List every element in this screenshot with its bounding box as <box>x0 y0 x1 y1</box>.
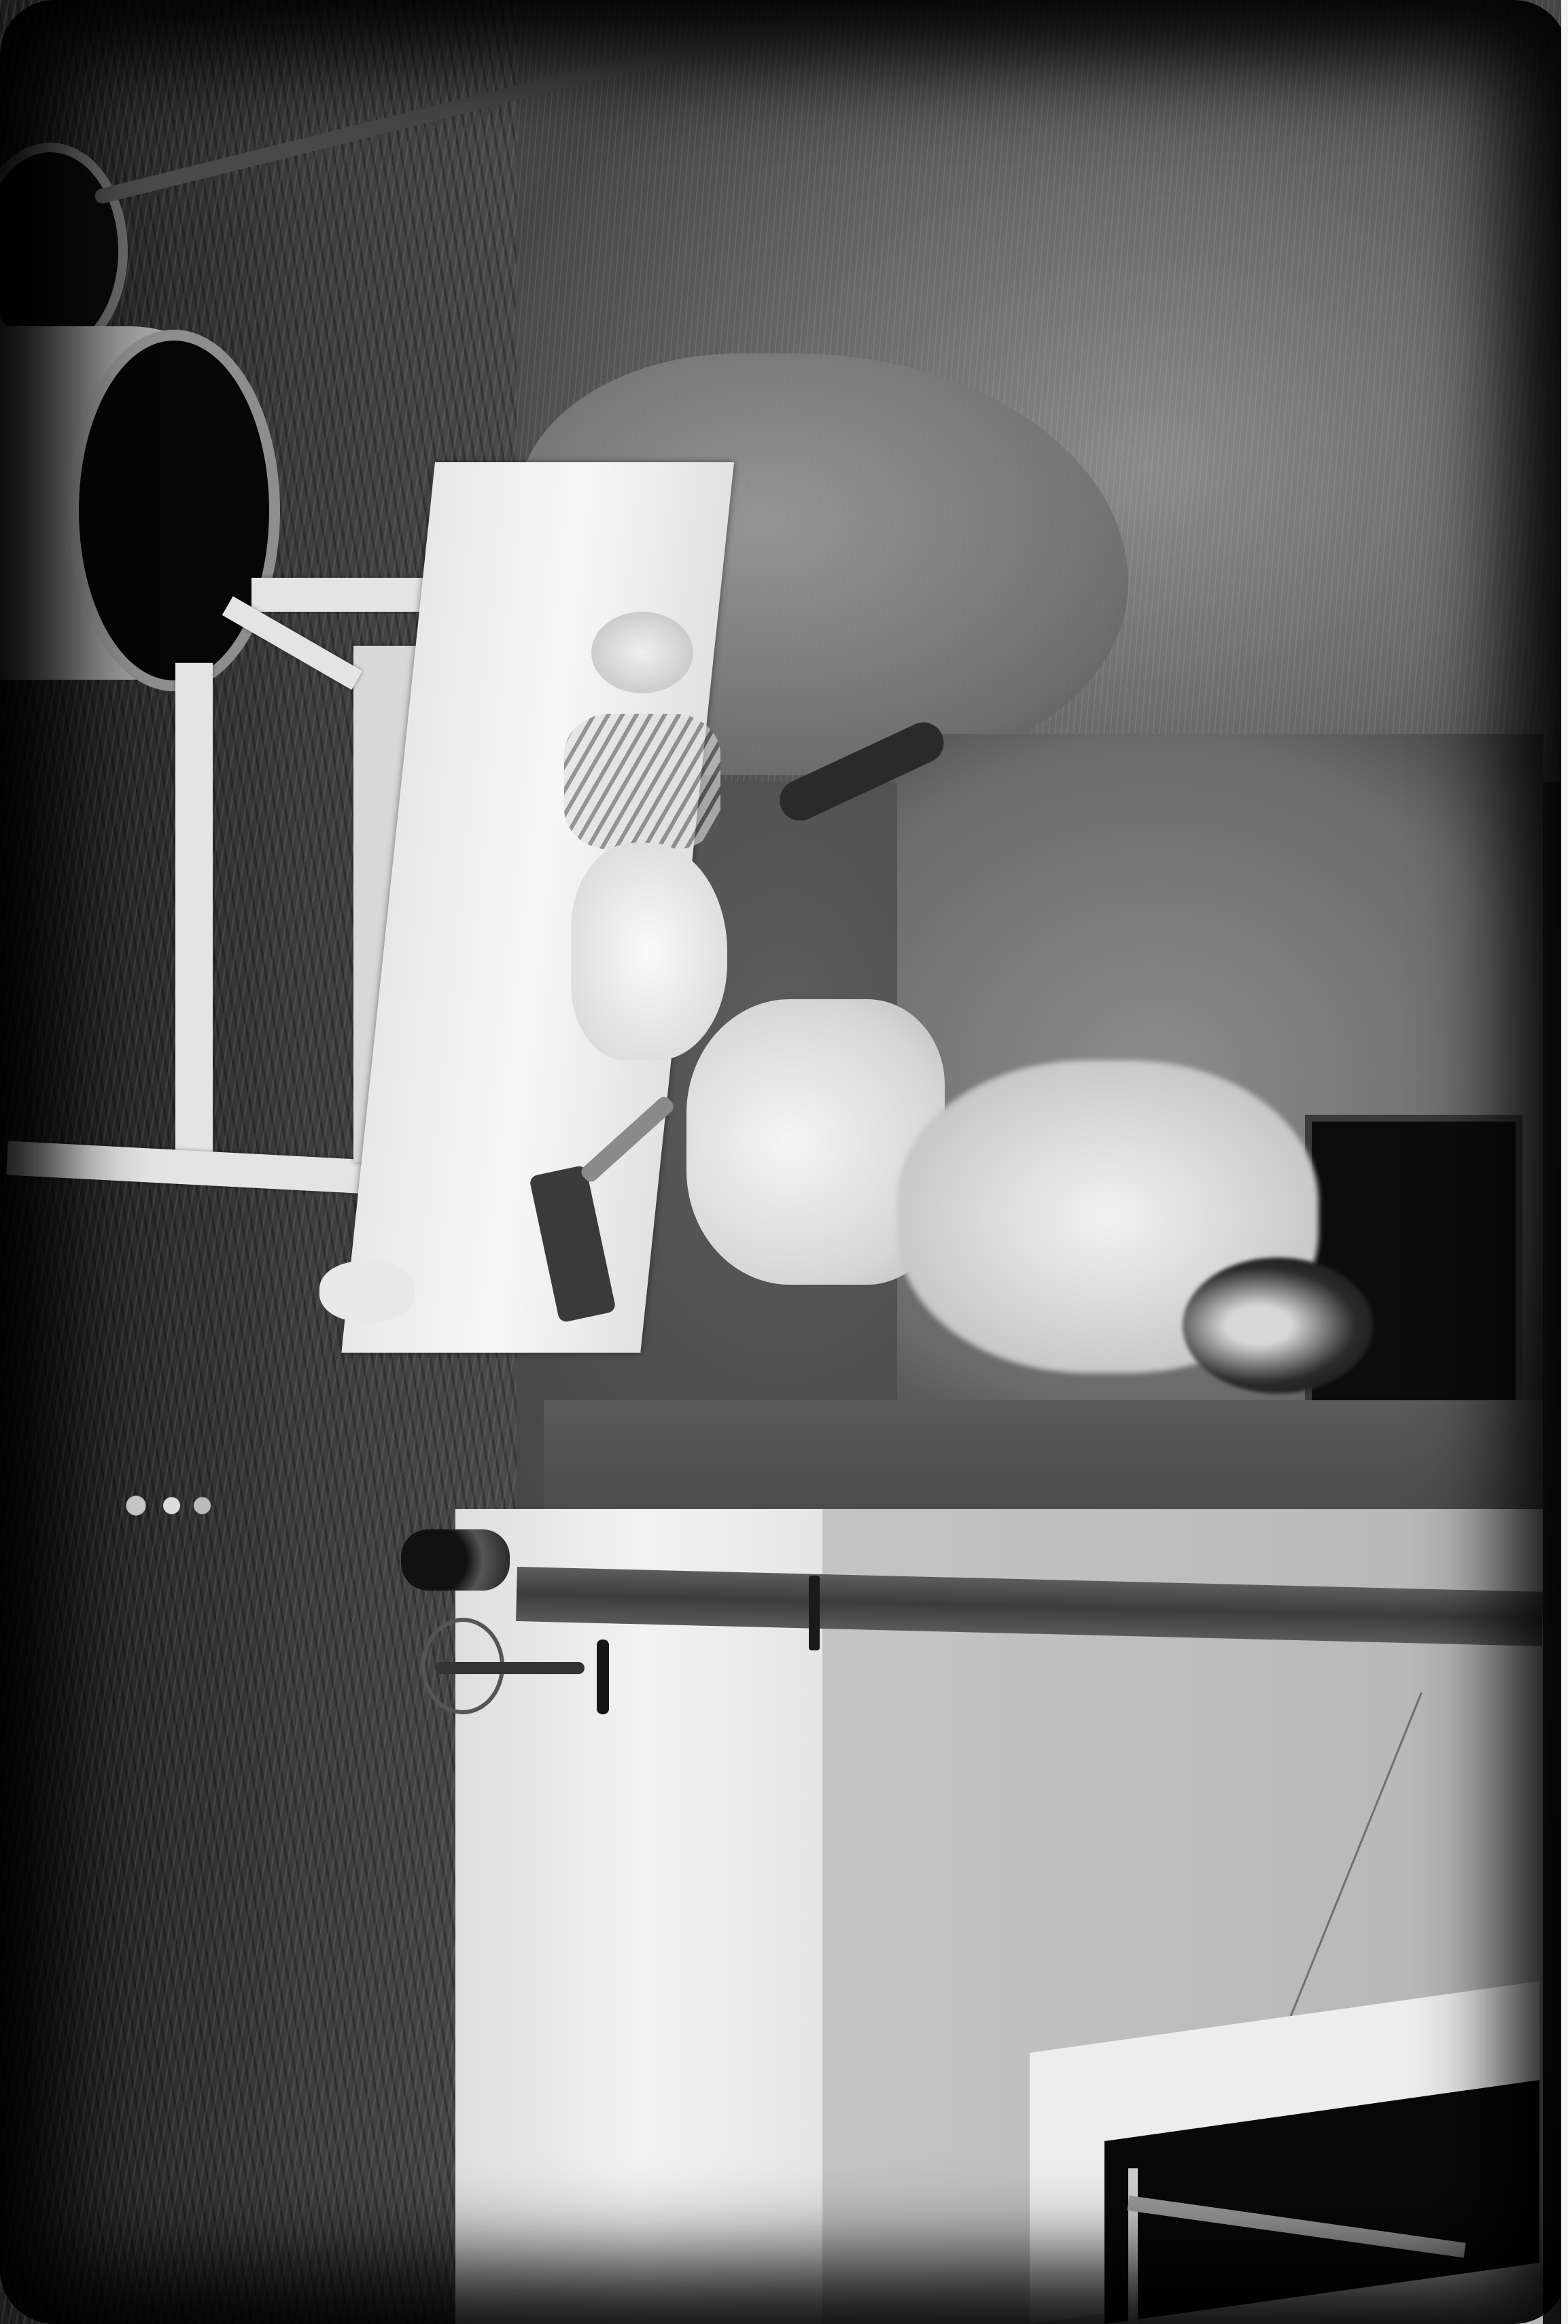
faucet-spout <box>435 1662 585 1674</box>
jar <box>591 612 693 693</box>
film-edge <box>1561 0 1568 2324</box>
paper-ball <box>319 1261 415 1322</box>
pipe-outlet <box>401 1529 510 1591</box>
cloth <box>571 843 727 1060</box>
stones <box>116 1489 217 1523</box>
building-facade-light <box>455 1509 822 2324</box>
doorway <box>1305 1115 1522 1427</box>
bucket-opening <box>68 330 280 691</box>
photograph <box>0 0 1568 2324</box>
door-lintel <box>544 1400 1543 1523</box>
scraps <box>564 714 720 850</box>
pipe-joint <box>809 1576 820 1650</box>
faucet-handle <box>597 1640 609 1714</box>
person-head <box>1183 1258 1373 1393</box>
chair-leg <box>175 663 213 1162</box>
window-mullion <box>1128 2168 1138 2324</box>
